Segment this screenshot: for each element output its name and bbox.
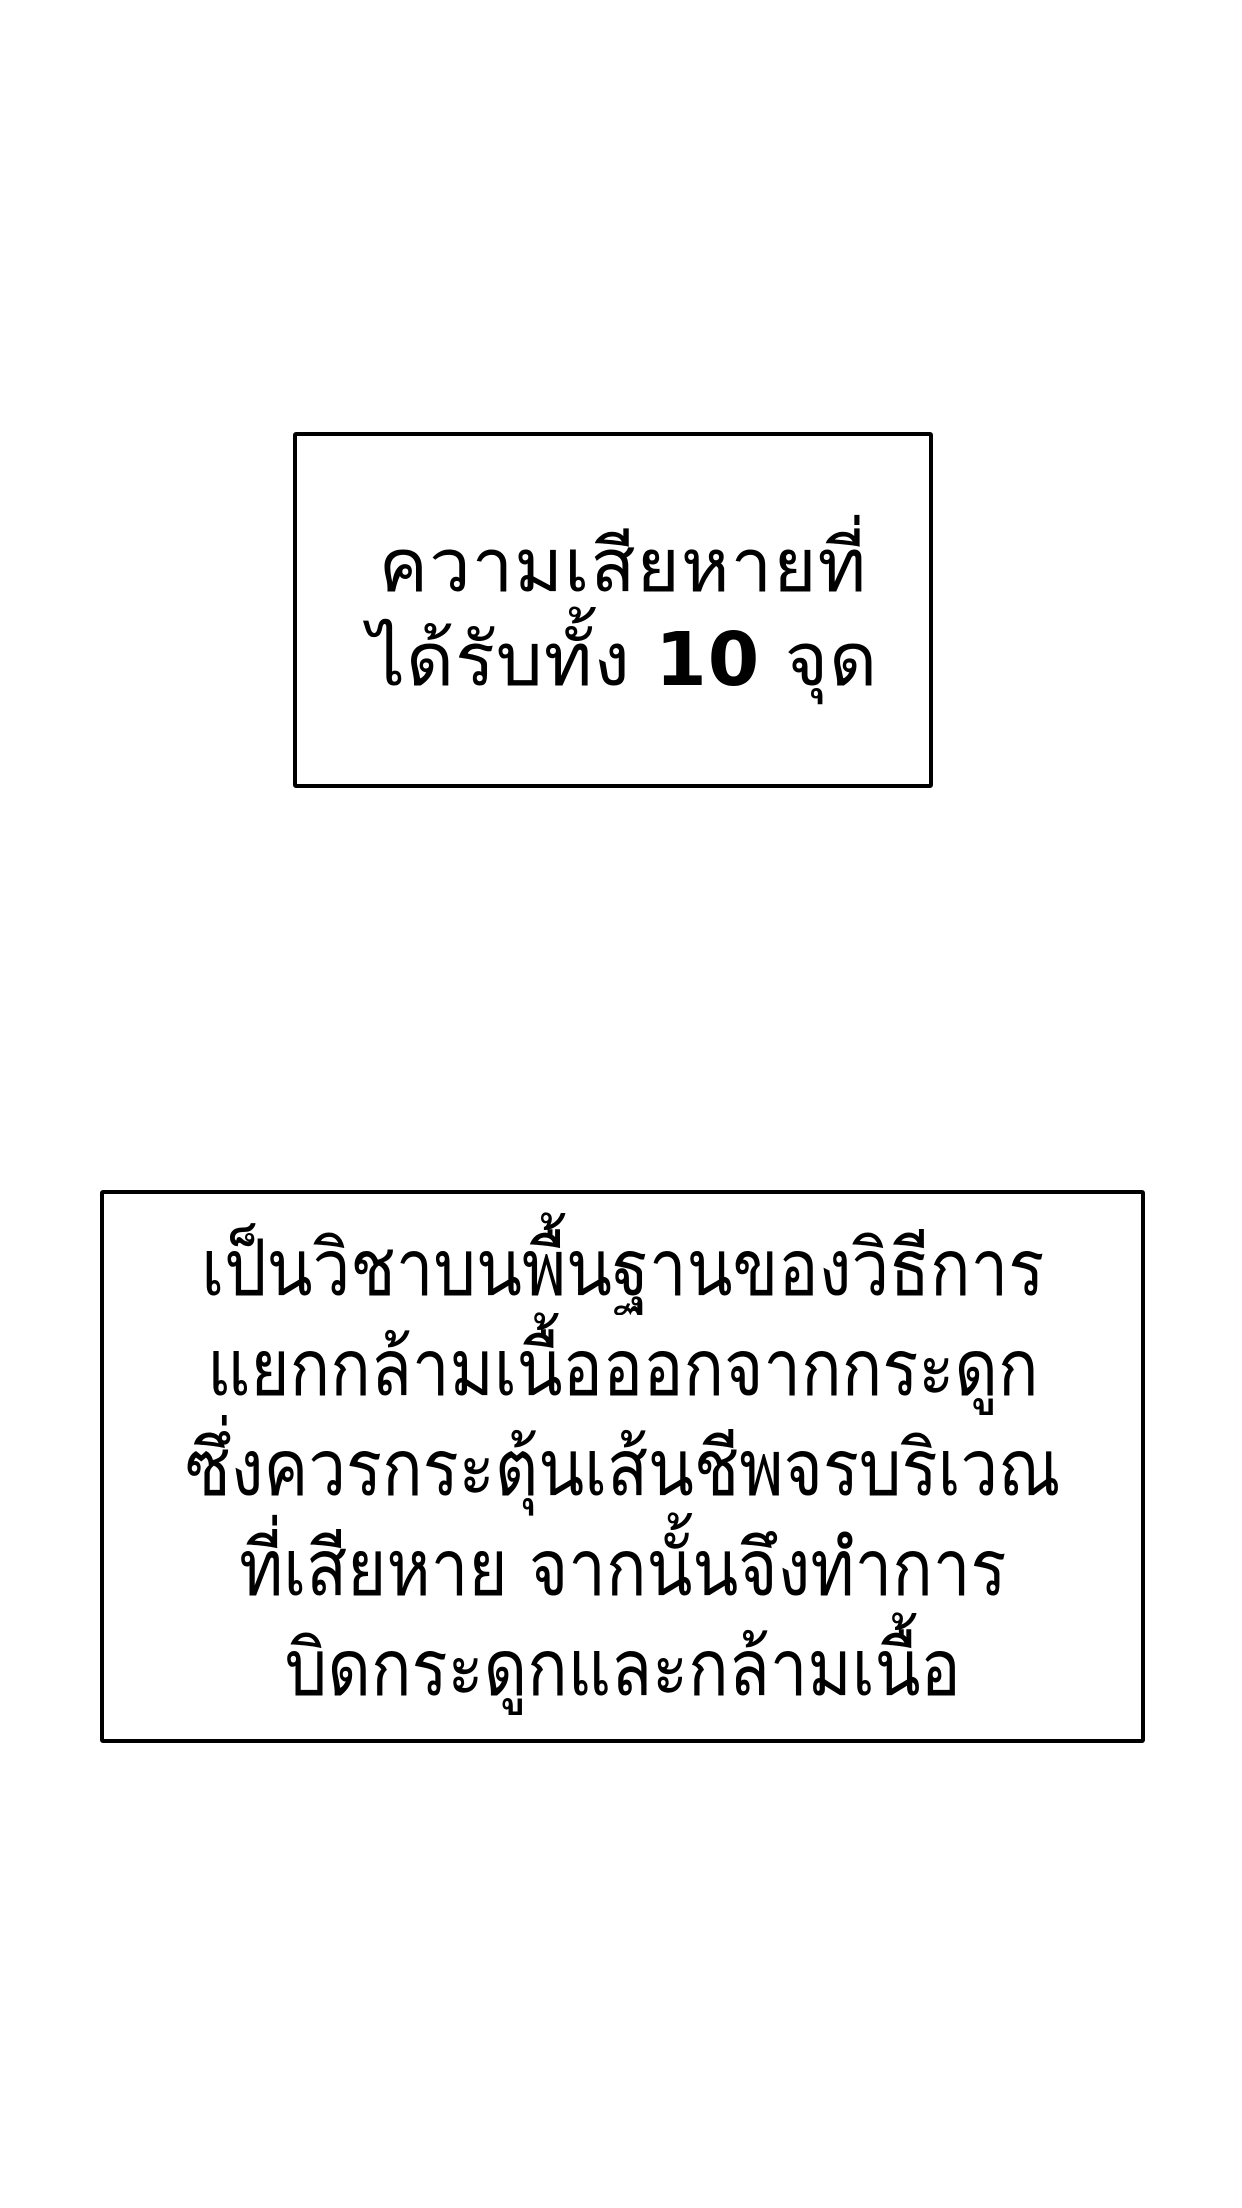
- caption-line: ที่เสียหาย จากนั้นจึงทำการ: [185, 1519, 1060, 1619]
- caption-line: เป็นวิชาบนพื้นฐานของวิธีการ: [185, 1219, 1060, 1319]
- caption-box-technique: เป็นวิชาบนพื้นฐานของวิธีการ แยกกล้ามเนื้…: [100, 1190, 1145, 1743]
- caption-text: ความเสียหายที่ ได้รับทั้ง 10 จุด: [368, 519, 878, 707]
- caption-box-damage: ความเสียหายที่ ได้รับทั้ง 10 จุด: [293, 432, 933, 788]
- caption-text: เป็นวิชาบนพื้นฐานของวิธีการ แยกกล้ามเนื้…: [114, 1219, 1132, 1719]
- caption-line-text: ได้รับทั้ง: [368, 617, 655, 703]
- caption-line-text: จุด: [760, 617, 878, 703]
- caption-line-text: ความเสียหายที่: [379, 523, 868, 609]
- caption-line: ความเสียหายที่: [368, 519, 878, 613]
- caption-line: ได้รับทั้ง 10 จุด: [368, 613, 878, 707]
- caption-line: แยกกล้ามเนื้อออกจากกระดูก: [185, 1319, 1060, 1419]
- caption-line: บิดกระดูกและกล้ามเนื้อ: [185, 1619, 1060, 1719]
- damage-count-number: 10: [655, 617, 760, 703]
- caption-line: ซึ่งควรกระตุ้นเส้นชีพจรบริเวณ: [185, 1419, 1060, 1519]
